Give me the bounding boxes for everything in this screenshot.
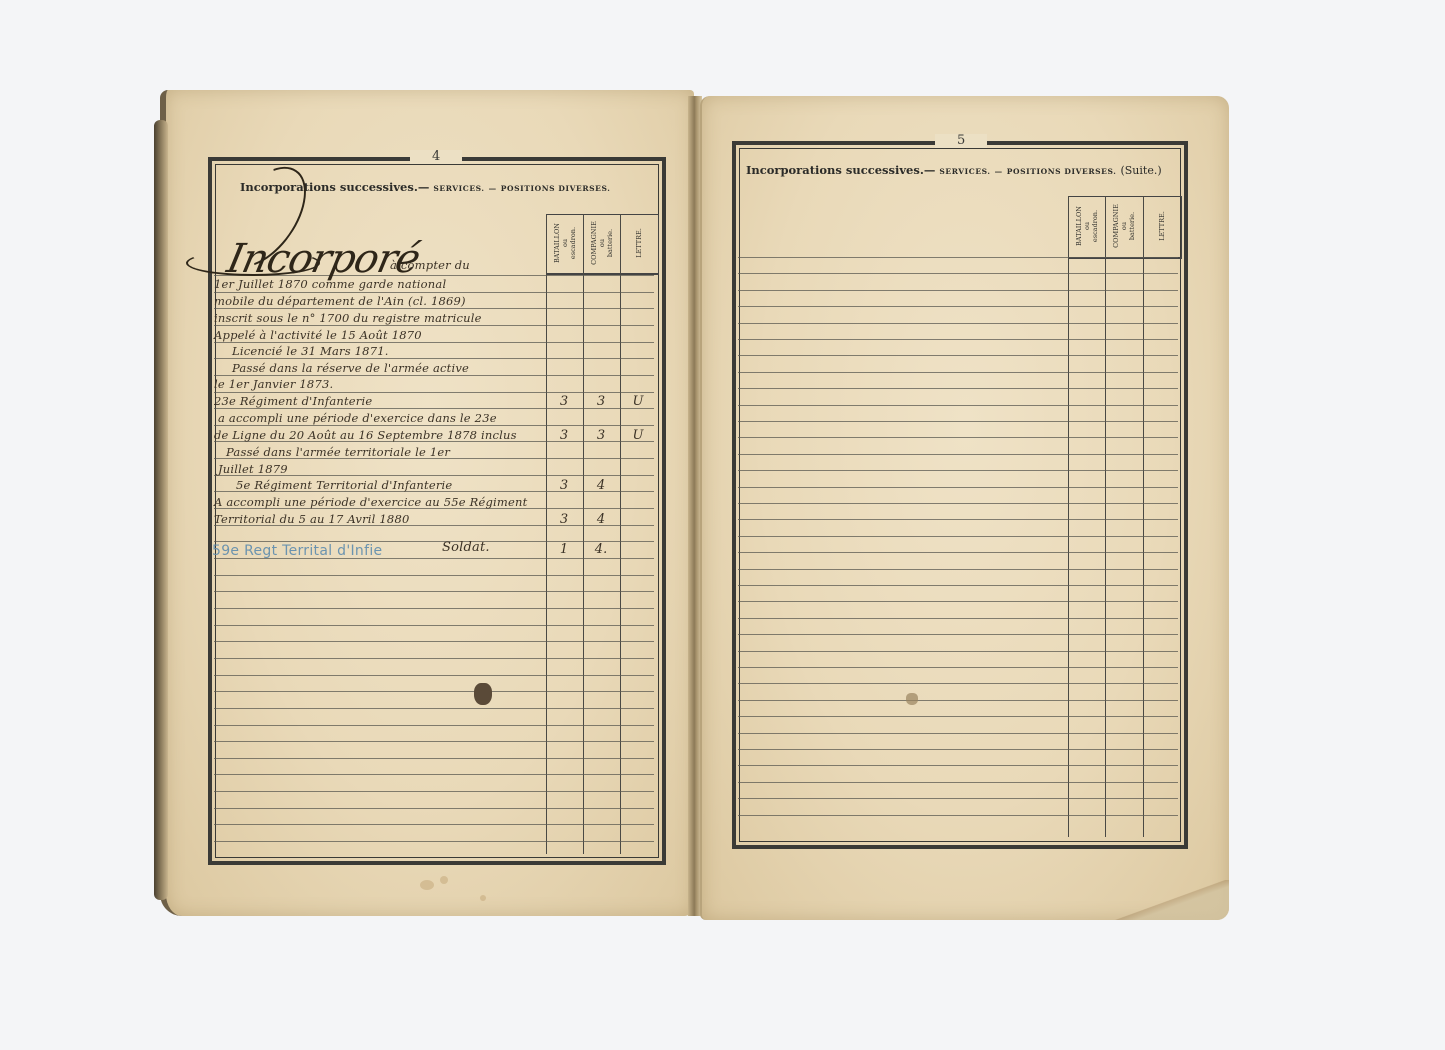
paper-stain (420, 880, 434, 890)
heading-positions: Positions diverses. (501, 184, 611, 193)
ruled-line (738, 437, 1178, 438)
column-divider (1143, 196, 1144, 837)
ruled-line (738, 618, 1178, 619)
cell-bataillon: 1 (546, 542, 582, 557)
ruled-line (738, 667, 1178, 668)
ruled-line (214, 675, 654, 676)
ruled-line (738, 257, 1178, 258)
ruled-line (214, 342, 654, 343)
ruled-line (214, 774, 654, 775)
entry-line: de Ligne du 20 Août au 16 Septembre 1878… (214, 428, 517, 442)
entry-line: a accompli une période d'exercice dans l… (218, 411, 497, 425)
ruled-line (738, 306, 1178, 307)
cell-compagnie: 3 (583, 428, 619, 443)
ruled-line (738, 634, 1178, 635)
ruled-line (214, 575, 654, 576)
entry-line: 1er Juillet 1870 comme garde national (214, 277, 446, 291)
ruled-line (214, 641, 654, 642)
ruled-line (738, 519, 1178, 520)
heading-dash: — (489, 184, 497, 193)
ruled-line (738, 765, 1178, 766)
ruled-line (214, 392, 654, 393)
cell-lettre: U (620, 428, 656, 443)
ruled-line (214, 658, 654, 659)
ruled-line (214, 708, 654, 709)
ruled-line (214, 308, 654, 309)
ruled-line (738, 536, 1178, 537)
cell-bataillon: 3 (546, 394, 582, 409)
ruled-line (214, 425, 654, 426)
ruled-line (214, 841, 654, 842)
cell-lettre: U (620, 394, 656, 409)
ruled-line (738, 421, 1178, 422)
column-label: COMPAGNIE ou batterie. (1112, 204, 1136, 248)
ruled-line (738, 355, 1178, 356)
ruled-line (214, 591, 654, 592)
cell-compagnie: 3 (583, 394, 619, 409)
ruled-line (214, 292, 654, 293)
entry-line: mobile du département de l'Ain (cl. 1869… (214, 294, 466, 308)
ruled-line (738, 339, 1178, 340)
ruled-line (738, 290, 1178, 291)
heading-services: Services. (939, 167, 990, 176)
ruled-line (738, 815, 1178, 816)
ruled-line (738, 716, 1178, 717)
ruled-line (738, 733, 1178, 734)
column-label: BATAILLON ou escadron. (1075, 206, 1099, 246)
ruled-line (738, 569, 1178, 570)
ruled-line (214, 824, 654, 825)
column-header-compagnie: COMPAGNIE ou batterie. (583, 214, 620, 272)
column-header-lettre: LETTRE. (620, 214, 657, 272)
ruled-line (214, 325, 654, 326)
regiment-stamp: 59e Regt Territal d'Infie (212, 543, 382, 559)
entry-line: le 1er Janvier 1873. (214, 377, 333, 391)
cell-bataillon: 3 (546, 512, 582, 527)
entry-line: 23e Régiment d'Infanterie (214, 394, 372, 408)
ruled-line (214, 725, 654, 726)
entry-line: inscrit sous le n° 1700 du registre matr… (214, 311, 482, 325)
ruled-line (738, 470, 1178, 471)
ruled-line (738, 749, 1178, 750)
entry-line: 5e Régiment Territorial d'Infanterie (236, 478, 452, 492)
ruled-line (214, 741, 654, 742)
heading-suite: (Suite.) (1120, 164, 1161, 177)
heading-dash: — (995, 167, 1003, 176)
ruled-line (214, 791, 654, 792)
column-header-bataillon: BATAILLON ou escadron. (1068, 196, 1105, 256)
ruled-line (738, 388, 1178, 389)
ruled-line (214, 808, 654, 809)
ruled-line (738, 454, 1178, 455)
heading-dash: — (418, 180, 430, 194)
column-header-bataillon: BATAILLON ou escadron. (546, 214, 583, 272)
ruled-line (738, 585, 1178, 586)
right-page-heading: Incorporations successives.— Services. —… (746, 163, 1162, 177)
ruled-line (738, 782, 1178, 783)
ruled-line (738, 601, 1178, 602)
column-header-lettre: LETTRE. (1143, 196, 1180, 256)
cell-bataillon: 3 (546, 428, 582, 443)
ruled-line (738, 323, 1178, 324)
entry-line: Juillet 1879 (218, 462, 288, 476)
ruled-line (738, 503, 1178, 504)
entry-line: Licencié le 31 Mars 1871. (232, 344, 389, 358)
column-divider (1068, 196, 1069, 837)
column-label: BATAILLON ou escadron. (553, 223, 577, 263)
heading-title: Incorporations successives. (746, 163, 924, 177)
column-label: LETTRE. (1158, 211, 1166, 241)
entry-line: A accompli une période d'exercice au 55e… (214, 495, 527, 509)
ruled-line (738, 798, 1178, 799)
rank-soldat: Soldat. (442, 540, 490, 555)
heading-positions: Positions diverses. (1007, 167, 1117, 176)
entry-line: Territorial du 5 au 17 Avril 1880 (214, 512, 409, 526)
ruled-line (214, 758, 654, 759)
ruled-line (214, 358, 654, 359)
left-page-number: 4 (410, 150, 462, 164)
ruled-line (738, 273, 1178, 274)
cell-compagnie: 4. (583, 542, 619, 557)
ruled-line (214, 625, 654, 626)
column-divider (1105, 196, 1106, 837)
column-header-compagnie: COMPAGNIE ou batterie. (1105, 196, 1143, 256)
paper-stain (440, 876, 448, 884)
right-page-number: 5 (935, 134, 987, 148)
ruled-line (738, 405, 1178, 406)
paper-hole (906, 693, 918, 705)
cell-compagnie: 4 (583, 478, 619, 493)
ruled-line (214, 691, 654, 692)
column-label: LETTRE. (635, 228, 643, 258)
cell-compagnie: 4 (583, 512, 619, 527)
ruled-line (738, 683, 1178, 684)
ruled-line (738, 372, 1178, 373)
heading-services: Services. (433, 184, 484, 193)
ruled-line (738, 700, 1178, 701)
ruled-line (738, 552, 1178, 553)
paper-stain (480, 895, 486, 901)
ruled-line (738, 651, 1178, 652)
entry-line: Passé dans la réserve de l'armée active (232, 361, 469, 375)
ruled-line (214, 375, 654, 376)
entry-line: à compter du (390, 258, 470, 272)
entry-line: Passé dans l'armée territoriale le 1er (226, 445, 450, 459)
entry-line: Appelé à l'activité le 15 Août 1870 (214, 328, 422, 342)
ruled-line (214, 608, 654, 609)
ruled-line (738, 487, 1178, 488)
paper-hole (474, 683, 492, 705)
column-label: COMPAGNIE ou batterie. (590, 221, 614, 265)
heading-dash: — (924, 163, 936, 177)
cell-bataillon: 3 (546, 478, 582, 493)
